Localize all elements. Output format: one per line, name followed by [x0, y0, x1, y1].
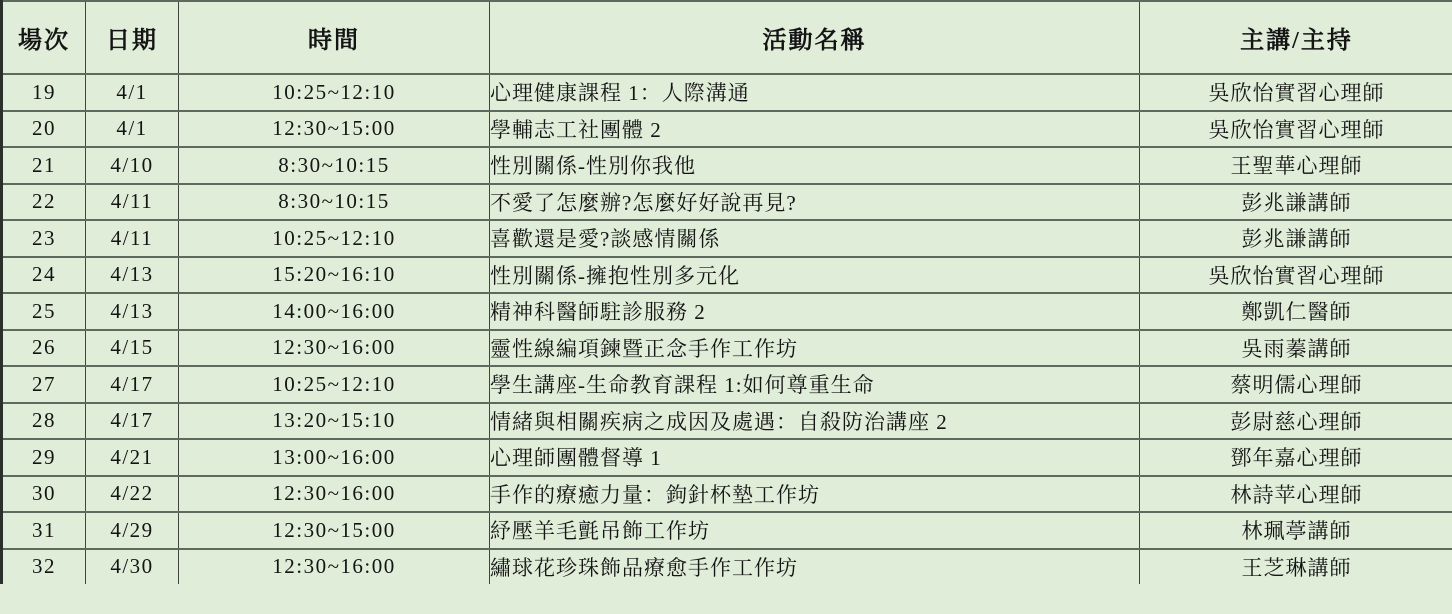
cell-session: 25	[2, 293, 86, 330]
activity-schedule-table: 場次 日期 時間 活動名稱 主講/主持 19 4/1 10:25~12:10 心…	[0, 0, 1452, 584]
cell-activity: 學輔志工社團體 2	[490, 111, 1140, 148]
cell-activity: 心理健康課程 1：人際溝通	[490, 74, 1140, 111]
cell-speaker: 吳欣怡實習心理師	[1140, 74, 1452, 111]
cell-speaker: 吳欣怡實習心理師	[1140, 111, 1452, 148]
cell-time: 10:25~12:10	[179, 220, 490, 257]
table-row: 25 4/13 14:00~16:00 精神科醫師駐診服務 2 鄭凱仁醫師	[2, 293, 1452, 330]
cell-date: 4/22	[86, 476, 179, 513]
cell-activity: 精神科醫師駐診服務 2	[490, 293, 1140, 330]
cell-time: 12:30~15:00	[179, 512, 490, 549]
table-row: 22 4/11 8:30~10:15 不愛了怎麼辦?怎麼好好說再見? 彭兆謙講師	[2, 184, 1452, 221]
cell-time: 10:25~12:10	[179, 366, 490, 403]
cell-time: 14:00~16:00	[179, 293, 490, 330]
cell-time: 12:30~16:00	[179, 330, 490, 367]
col-header-activity: 活動名稱	[490, 1, 1140, 74]
col-header-session: 場次	[2, 1, 86, 74]
cell-session: 28	[2, 403, 86, 440]
cell-activity: 靈性線編項鍊暨正念手作工作坊	[490, 330, 1140, 367]
cell-time: 12:30~16:00	[179, 476, 490, 513]
table-row: 30 4/22 12:30~16:00 手作的療癒力量：鉤針杯墊工作坊 林詩苹心…	[2, 476, 1452, 513]
cell-activity: 繡球花珍珠飾品療愈手作工作坊	[490, 549, 1140, 585]
cell-date: 4/1	[86, 111, 179, 148]
table-row: 32 4/30 12:30~16:00 繡球花珍珠飾品療愈手作工作坊 王芝琳講師	[2, 549, 1452, 585]
cell-activity: 性別關係-性別你我他	[490, 147, 1140, 184]
table-row: 31 4/29 12:30~15:00 紓壓羊毛氈吊飾工作坊 林珮葶講師	[2, 512, 1452, 549]
cell-session: 21	[2, 147, 86, 184]
cell-date: 4/30	[86, 549, 179, 585]
col-header-speaker: 主講/主持	[1140, 1, 1452, 74]
cell-activity: 不愛了怎麼辦?怎麼好好說再見?	[490, 184, 1140, 221]
cell-time: 15:20~16:10	[179, 257, 490, 294]
cell-date: 4/15	[86, 330, 179, 367]
cell-time: 12:30~16:00	[179, 549, 490, 585]
cell-date: 4/13	[86, 257, 179, 294]
cell-speaker: 彭兆謙講師	[1140, 184, 1452, 221]
cell-speaker: 王聖華心理師	[1140, 147, 1452, 184]
cell-date: 4/13	[86, 293, 179, 330]
col-header-time: 時間	[179, 1, 490, 74]
cell-time: 13:00~16:00	[179, 439, 490, 476]
cell-time: 10:25~12:10	[179, 74, 490, 111]
header-row: 場次 日期 時間 活動名稱 主講/主持	[2, 1, 1452, 74]
table-row: 21 4/10 8:30~10:15 性別關係-性別你我他 王聖華心理師	[2, 147, 1452, 184]
table-row: 26 4/15 12:30~16:00 靈性線編項鍊暨正念手作工作坊 吳雨蓁講師	[2, 330, 1452, 367]
cell-speaker: 林詩苹心理師	[1140, 476, 1452, 513]
table-row: 19 4/1 10:25~12:10 心理健康課程 1：人際溝通 吳欣怡實習心理…	[2, 74, 1452, 111]
cell-activity: 紓壓羊毛氈吊飾工作坊	[490, 512, 1140, 549]
cell-session: 24	[2, 257, 86, 294]
cell-speaker: 吳雨蓁講師	[1140, 330, 1452, 367]
cell-session: 19	[2, 74, 86, 111]
cell-activity: 學生講座-生命教育課程 1:如何尊重生命	[490, 366, 1140, 403]
cell-speaker: 林珮葶講師	[1140, 512, 1452, 549]
cell-date: 4/10	[86, 147, 179, 184]
cell-date: 4/11	[86, 184, 179, 221]
cell-session: 32	[2, 549, 86, 585]
cell-speaker: 彭兆謙講師	[1140, 220, 1452, 257]
cell-time: 8:30~10:15	[179, 184, 490, 221]
col-header-date: 日期	[86, 1, 179, 74]
cell-date: 4/29	[86, 512, 179, 549]
cell-activity: 手作的療癒力量：鉤針杯墊工作坊	[490, 476, 1140, 513]
cell-session: 29	[2, 439, 86, 476]
cell-speaker: 彭尉慈心理師	[1140, 403, 1452, 440]
table-row: 24 4/13 15:20~16:10 性別關係-擁抱性別多元化 吳欣怡實習心理…	[2, 257, 1452, 294]
cell-speaker: 吳欣怡實習心理師	[1140, 257, 1452, 294]
cell-speaker: 蔡明儒心理師	[1140, 366, 1452, 403]
cell-date: 4/17	[86, 366, 179, 403]
cell-date: 4/21	[86, 439, 179, 476]
cell-time: 8:30~10:15	[179, 147, 490, 184]
cell-session: 26	[2, 330, 86, 367]
table-row: 28 4/17 13:20~15:10 情緒與相關疾病之成因及處遇：自殺防治講座…	[2, 403, 1452, 440]
cell-speaker: 王芝琳講師	[1140, 549, 1452, 585]
cell-activity: 性別關係-擁抱性別多元化	[490, 257, 1140, 294]
cell-session: 20	[2, 111, 86, 148]
cell-date: 4/11	[86, 220, 179, 257]
cell-speaker: 鄭凱仁醫師	[1140, 293, 1452, 330]
cell-date: 4/17	[86, 403, 179, 440]
cell-session: 22	[2, 184, 86, 221]
cell-speaker: 鄧年嘉心理師	[1140, 439, 1452, 476]
cell-activity: 心理師團體督導 1	[490, 439, 1140, 476]
table-row: 20 4/1 12:30~15:00 學輔志工社團體 2 吳欣怡實習心理師	[2, 111, 1452, 148]
cell-session: 27	[2, 366, 86, 403]
cell-time: 12:30~15:00	[179, 111, 490, 148]
cell-activity: 喜歡還是愛?談感情關係	[490, 220, 1140, 257]
cell-date: 4/1	[86, 74, 179, 111]
cell-session: 23	[2, 220, 86, 257]
cell-session: 31	[2, 512, 86, 549]
cell-session: 30	[2, 476, 86, 513]
table-row: 29 4/21 13:00~16:00 心理師團體督導 1 鄧年嘉心理師	[2, 439, 1452, 476]
table-row: 23 4/11 10:25~12:10 喜歡還是愛?談感情關係 彭兆謙講師	[2, 220, 1452, 257]
cell-activity: 情緒與相關疾病之成因及處遇：自殺防治講座 2	[490, 403, 1140, 440]
cell-time: 13:20~15:10	[179, 403, 490, 440]
table-row: 27 4/17 10:25~12:10 學生講座-生命教育課程 1:如何尊重生命…	[2, 366, 1452, 403]
